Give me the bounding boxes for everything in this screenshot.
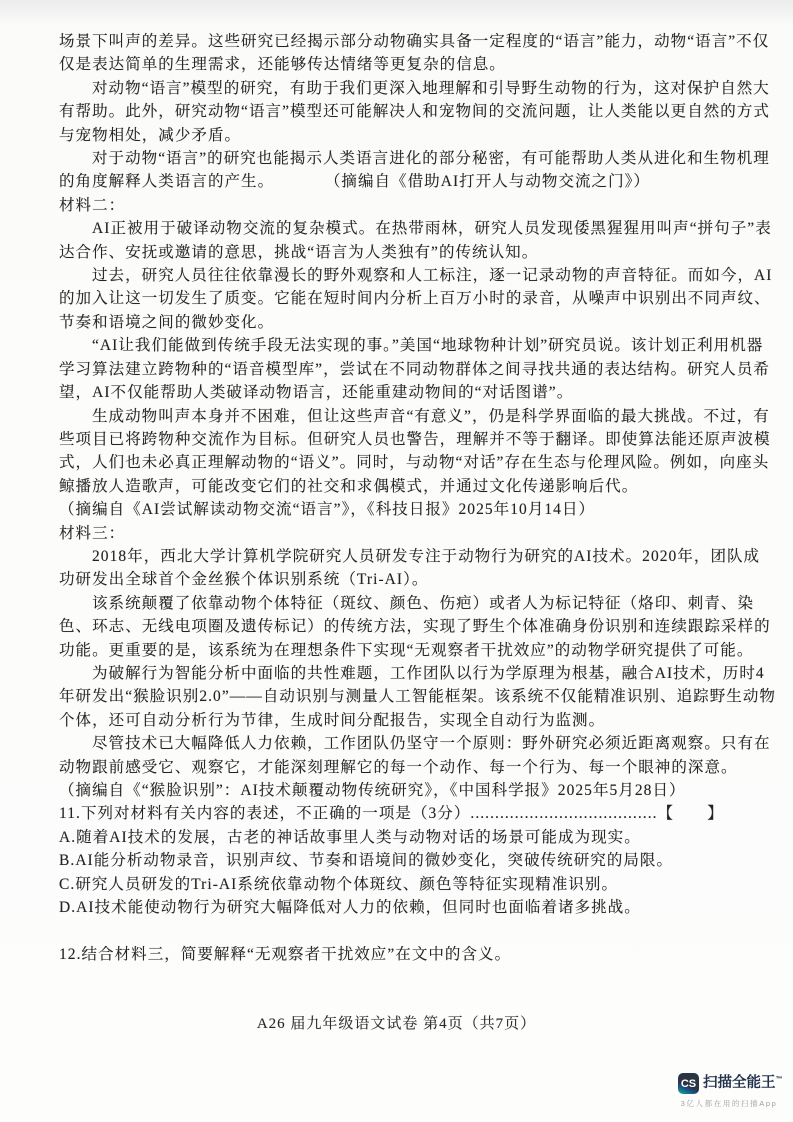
text-line: 的角度解释人类语言的产生。 （摘编自《借助AI打开人与动物交流之门》） [59, 170, 749, 193]
text-line: （摘编自《AI尝试解读动物交流“语言”》，《科技日报》2025年10月14日） [59, 498, 749, 521]
text-line: 些项目已将跨物种交流作为目标。但研究人员也警告，理解并不等于翻译。即使算法能还原… [59, 428, 749, 451]
camscanner-brand-name: 扫描全能王™ [703, 1076, 783, 1091]
text-line: 材料二： [59, 194, 749, 217]
text-line: 的加入让这一切发生了质变。它能在短时间内分析上百万小时的录音，从噪声中识别出不同… [59, 287, 749, 310]
text-line: 式，人们也未必真正理解动物的“语义”。同时，与动物“对话”存在生态与伦理风险。例… [59, 451, 749, 474]
text-line: D.AI技术能使动物行为研究大幅降低对人力的依赖，但同时也面临着诸多挑战。 [59, 896, 749, 919]
text-line [59, 919, 749, 942]
text-line: （摘编自《“猴脸识别”：AI技术颠覆动物传统研究》，《中国科学报》2025年5月… [59, 779, 749, 802]
document-body: 场景下叫声的差异。这些研究已经揭示部分动物确实具备一定程度的“语言”能力，动物“… [59, 30, 749, 966]
text-line: 有帮助。此外，研究动物“语言”模型还可能解决人和宠物间的交流问题，让人类能以更自… [59, 100, 749, 123]
text-line: 为破解行为智能分析中面临的共性难题，工作团队以行为学原理为根基，融合AI技术，历… [59, 662, 749, 685]
brand-text: 扫描全能王 [703, 1075, 776, 1091]
text-line: 过去，研究人员往往依靠漫长的野外观察和人工标注，逐一记录动物的声音特征。而如今，… [59, 264, 749, 287]
text-line: B.AI能分析动物录音，识别声纹、节奏和语境间的微妙变化，突破传统研究的局限。 [59, 849, 749, 872]
trademark-symbol: ™ [776, 1076, 783, 1083]
text-line: 对于动物“语言”的研究也能揭示人类语言进化的部分秘密，有可能帮助人类从进化和生物… [59, 147, 749, 170]
text-line: 功研发出全球首个金丝猴个体识别系统（Tri-AI）。 [59, 568, 749, 591]
text-line: 该系统颠覆了依靠动物个体特征（斑纹、颜色、伤疤）或者人为标记特征（烙印、刺青、染 [59, 592, 749, 615]
camscanner-logo-icon: CS [678, 1073, 699, 1094]
footer-page-label: A26 届九年级语文试卷 第4页（共7页） [257, 1016, 536, 1032]
scanned-exam-page: 场景下叫声的差异。这些研究已经揭示部分动物确实具备一定程度的“语言”能力，动物“… [0, 0, 793, 1122]
camscanner-watermark: CS 扫描全能王™ 3亿人都在用的扫描App [678, 1073, 780, 1109]
camscanner-logo-letters: CS [681, 1078, 696, 1090]
text-line: 生成动物叫声本身并不困难，但让这些声音“有意义”，仍是科学界面临的最大挑战。不过… [59, 405, 749, 428]
text-line: 尽管技术已大幅降低人力依赖，工作团队仍坚守一个原则：野外研究必须近距离观察。只有… [59, 732, 749, 755]
text-line: 年研发出“猴脸识别2.0”——自动识别与测量人工智能框架。该系统不仅能精准识别、… [59, 685, 749, 708]
text-line: 场景下叫声的差异。这些研究已经揭示部分动物确实具备一定程度的“语言”能力，动物“… [59, 30, 749, 53]
text-line: 2018年，西北大学计算机学院研究人员研发专注于动物行为研究的AI技术。2020… [59, 545, 749, 568]
text-line: C.研究人员研发的Tri-AI系统依靠动物个体斑纹、颜色等特征实现精准识别。 [59, 873, 749, 896]
text-line: 鲸播放人造歌声，可能改变它们的社交和求偶模式，并通过文化传递影响后代。 [59, 475, 749, 498]
text-line: “AI让我们能做到传统手段无法实现的事。”美国“地球物种计划”研究员说。该计划正… [59, 334, 749, 357]
text-line: AI正被用于破译动物交流的复杂模式。在热带雨林，研究人员发现倭黑猩猩用叫声“拼句… [59, 217, 749, 240]
text-line: 达合作、安抚或邀请的意思，挑战“语言为人类独有”的传统认知。 [59, 241, 749, 264]
text-line: 学习算法建立跨物种的“语音模型库”，尝试在不同动物群体之间寻找共通的表达结构。研… [59, 358, 749, 381]
text-line: 色、环志、无线电项圈及遗传标记）的传统方法，实现了野生个体准确身份识别和连续跟踪… [59, 615, 749, 638]
text-line: 对动物“语言”模型的研究，有助于我们更深入地理解和引导野生动物的行为，这对保护自… [59, 77, 749, 100]
text-line: 动物跟前感受它、观察它，才能深刻理解它的每一个动作、每一个行为、每一个眼神的深意… [59, 756, 749, 779]
text-line: 个体，还可自动分析行为节律，生成时间分配报告，实现全自动行为监测。 [59, 709, 749, 732]
text-line: 12.结合材料三，简要解释“无观察者干扰效应”在文中的含义。 [59, 943, 749, 966]
camscanner-logo-row: CS 扫描全能王™ [678, 1073, 780, 1094]
text-line: A.随着AI技术的发展，古老的神话故事里人类与动物对话的场景可能成为现实。 [59, 826, 749, 849]
text-line: 节奏和语境之间的微妙变化。 [59, 311, 749, 334]
text-line: 材料三： [59, 522, 749, 545]
text-line: 仅是表达简单的生理需求，还能够传达情绪等更复杂的信息。 [59, 53, 749, 76]
text-line: 功能。更重要的是，该系统为在理想条件下实现“无观察者干扰效应”的动物学研究提供了… [59, 639, 749, 662]
text-line: 与宠物相处，减少矛盾。 [59, 124, 749, 147]
text-line: 望，AI不仅能帮助人类破译动物语言，还能重建动物间的“对话图谱”。 [59, 381, 749, 404]
text-line: 11.下列对材料有关内容的表述，不正确的一项是（3分）.............… [59, 802, 749, 825]
page-footer: A26 届九年级语文试卷 第4页（共7页） [0, 1012, 793, 1033]
camscanner-tagline: 3亿人都在用的扫描App [678, 1098, 780, 1109]
